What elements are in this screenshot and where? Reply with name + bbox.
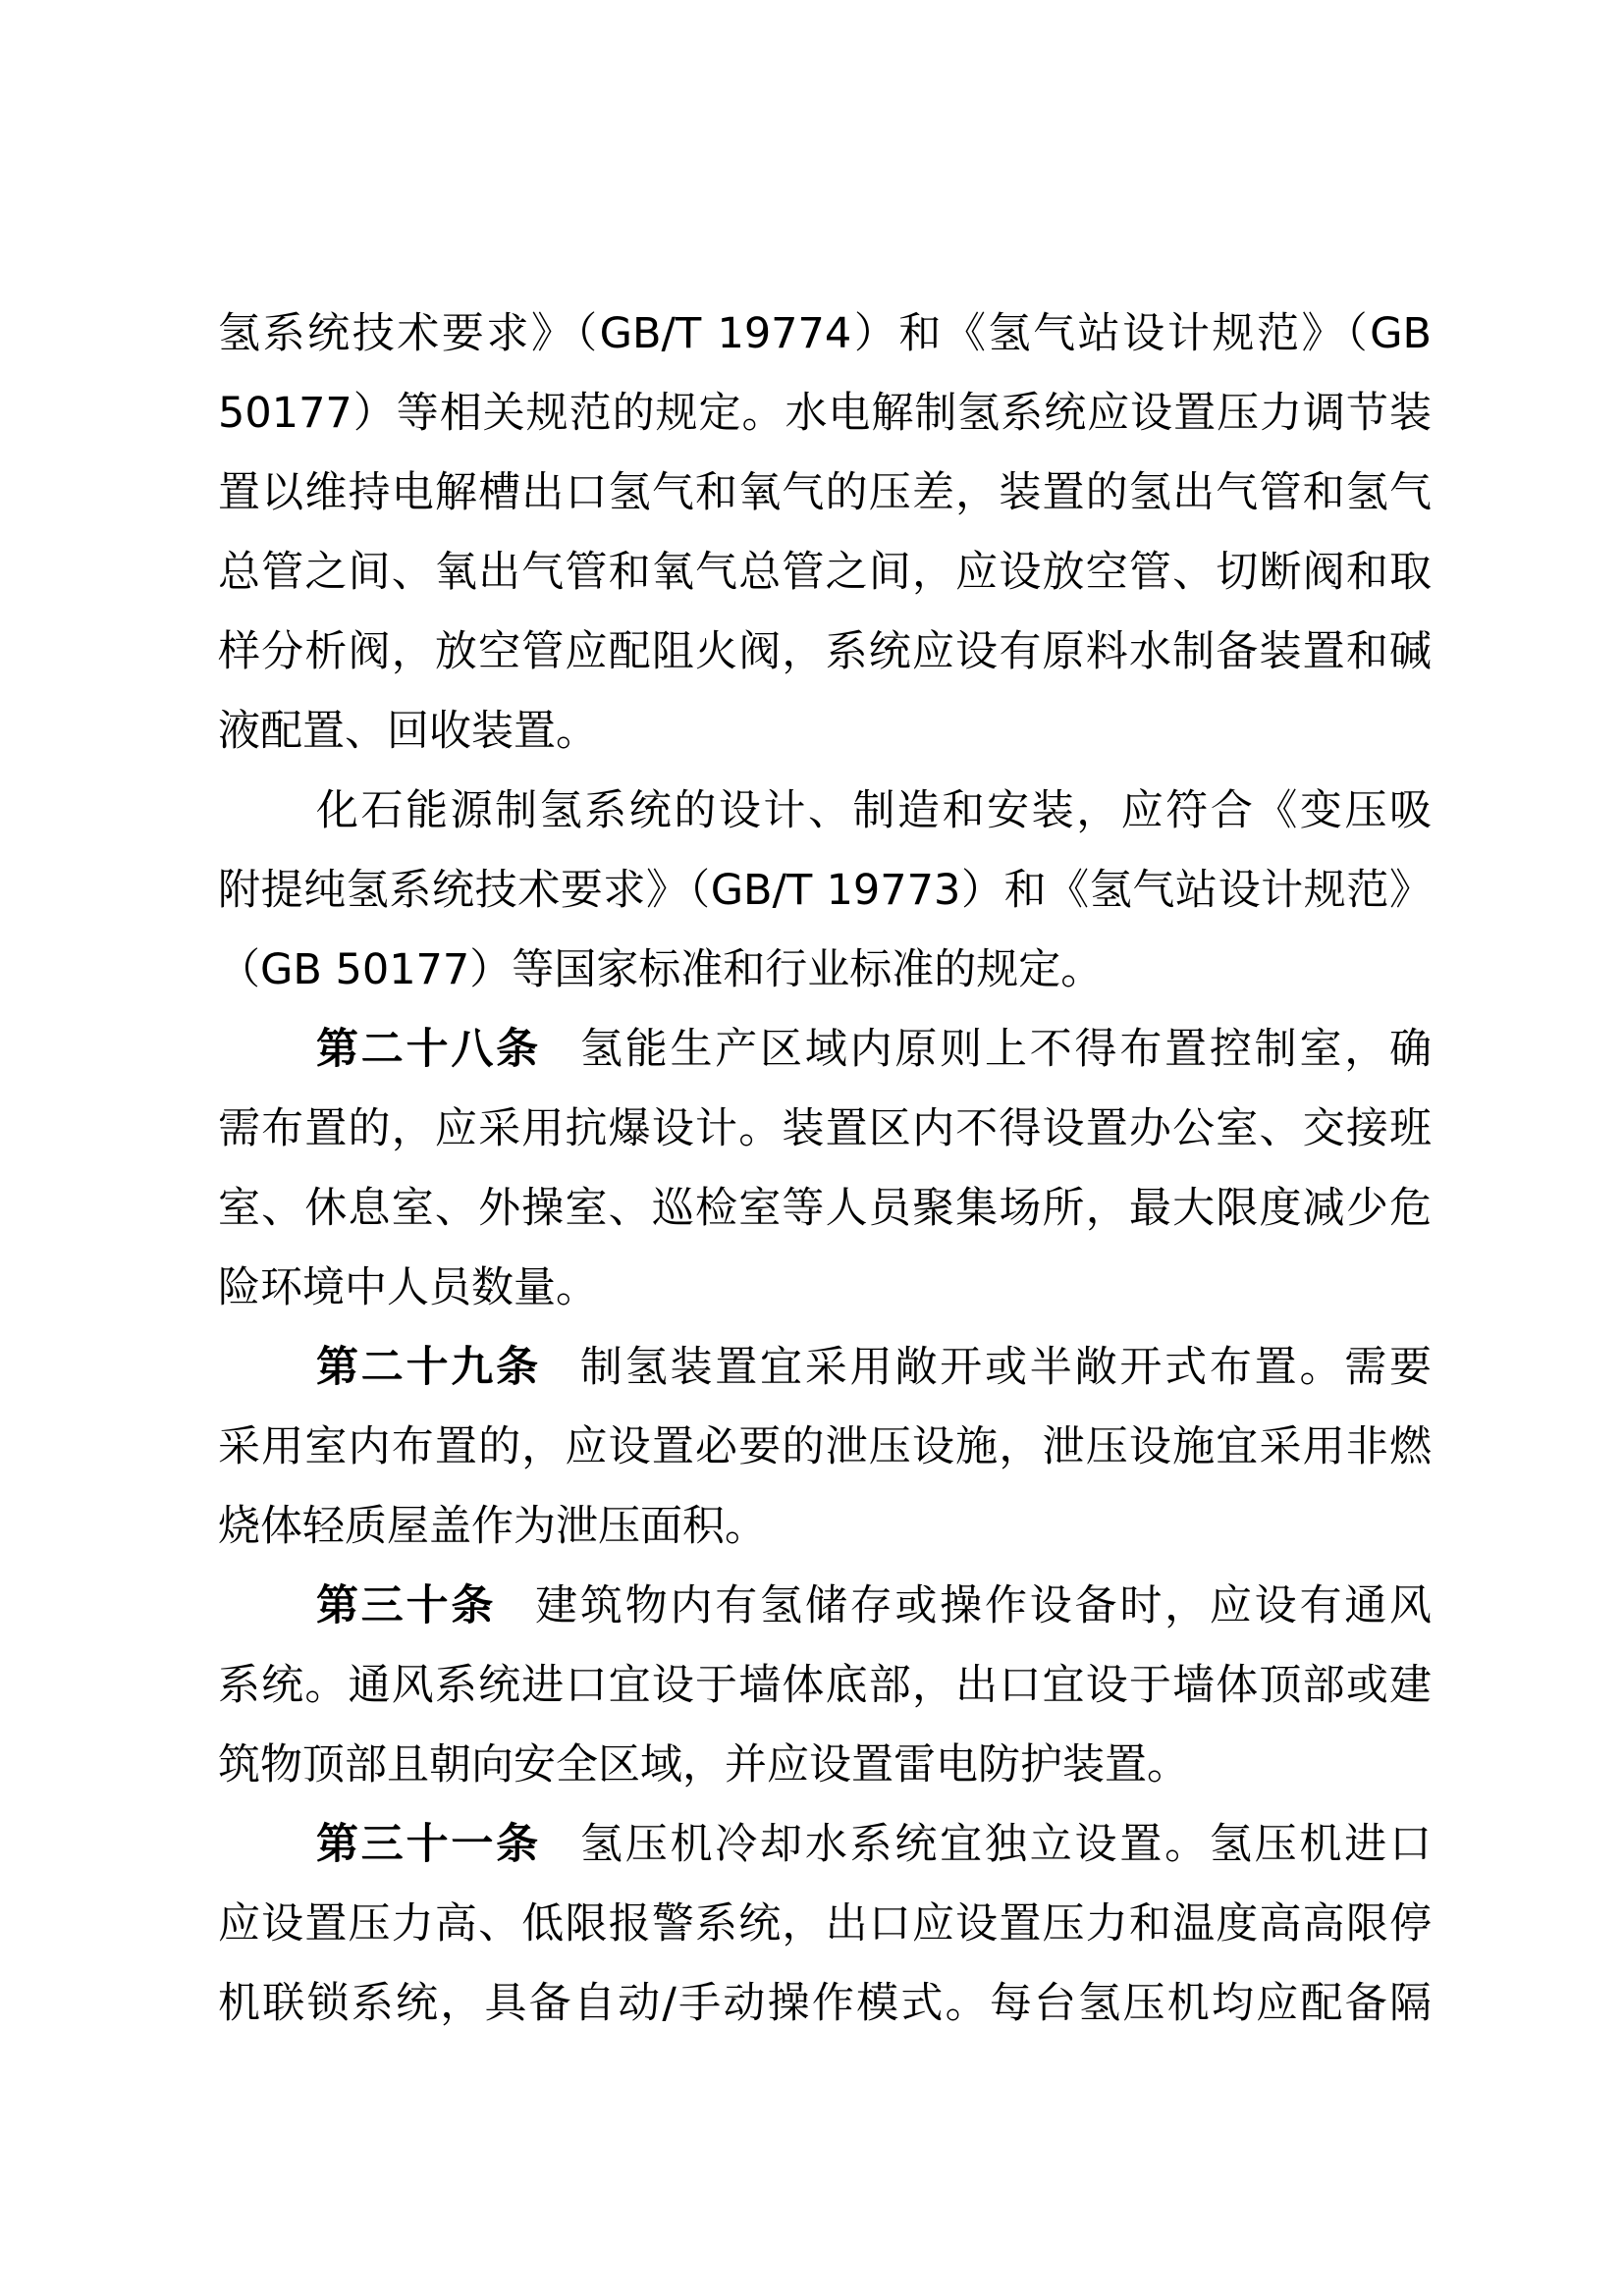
paragraph-article-31: 第三十一条氢压机冷却水系统宜独立设置。氢压机进口 应设置压力高、低限报警系统，出…	[218, 1817, 1432, 2056]
text-line: 液配置、回收装置。	[218, 704, 1432, 783]
document-page: 氢系统技术要求》（GB/T 19774）和《氢气站设计规范》（GB 50177）…	[218, 306, 1432, 2056]
text-line: 置以维持电解槽出口氢气和氧气的压差，装置的氢出气管和氢气	[218, 465, 1432, 545]
text-line: （GB 50177）等国家标准和行业标准的规定。	[218, 942, 1432, 1022]
text-line: 采用室内布置的，应设置必要的泄压设施，泄压设施宜采用非燃	[218, 1419, 1432, 1499]
article-number: 第三十条	[316, 1581, 496, 1630]
text-line: 第三十条建筑物内有氢储存或操作设备时，应设有通风	[218, 1578, 1432, 1658]
text-line: 应设置压力高、低限报警系统，出口应设置压力和温度高高限停	[218, 1896, 1432, 1976]
text-line: 第二十九条制氢装置宜采用敞开或半敞开式布置。需要	[218, 1340, 1432, 1419]
article-text: 氢能生产区域内原则上不得布置控制室，确	[580, 1025, 1432, 1074]
paragraph-article-29: 第二十九条制氢装置宜采用敞开或半敞开式布置。需要 采用室内布置的，应设置必要的泄…	[218, 1340, 1432, 1578]
text-line: 第二十八条氢能生产区域内原则上不得布置控制室，确	[218, 1022, 1432, 1101]
paragraph-fossil-energy: 化石能源制氢系统的设计、制造和安装，应符合《变压吸 附提纯氢系统技术要求》（GB…	[218, 783, 1432, 1022]
article-number: 第三十一条	[316, 1820, 541, 1869]
text-line: 险环境中人员数量。	[218, 1260, 1432, 1340]
article-number: 第二十八条	[316, 1025, 541, 1074]
paragraph-article-30: 第三十条建筑物内有氢储存或操作设备时，应设有通风 系统。通风系统进口宜设于墙体底…	[218, 1578, 1432, 1817]
text-line: 样分析阀，放空管应配阻火阀，系统应设有原料水制备装置和碱	[218, 624, 1432, 704]
article-text: 建筑物内有氢储存或操作设备时，应设有通风	[535, 1581, 1432, 1630]
paragraph-article-28: 第二十八条氢能生产区域内原则上不得布置控制室，确 需布置的，应采用抗爆设计。装置…	[218, 1022, 1432, 1340]
text-line: 筑物顶部且朝向安全区域，并应设置雷电防护装置。	[218, 1737, 1432, 1817]
text-line: 室、休息室、外操室、巡检室等人员聚集场所，最大限度减少危	[218, 1181, 1432, 1260]
text-line: 第三十一条氢压机冷却水系统宜独立设置。氢压机进口	[218, 1817, 1432, 1896]
text-line: 总管之间、氧出气管和氧气总管之间，应设放空管、切断阀和取	[218, 545, 1432, 624]
article-text: 氢压机冷却水系统宜独立设置。氢压机进口	[580, 1820, 1432, 1869]
text-line: 化石能源制氢系统的设计、制造和安装，应符合《变压吸	[218, 783, 1432, 863]
text-line: 需布置的，应采用抗爆设计。装置区内不得设置办公室、交接班	[218, 1101, 1432, 1181]
text-line: 烧体轻质屋盖作为泄压面积。	[218, 1499, 1432, 1578]
text-line: 附提纯氢系统技术要求》（GB/T 19773）和《氢气站设计规范》	[218, 863, 1432, 942]
text-line: 机联锁系统，具备自动/手动操作模式。每台氢压机均应配备隔	[218, 1976, 1432, 2056]
text-line: 氢系统技术要求》（GB/T 19774）和《氢气站设计规范》（GB	[218, 306, 1432, 386]
article-number: 第二十九条	[316, 1343, 541, 1392]
text-line: 50177）等相关规范的规定。水电解制氢系统应设置压力调节装	[218, 386, 1432, 465]
paragraph-water-electrolysis: 氢系统技术要求》（GB/T 19774）和《氢气站设计规范》（GB 50177）…	[218, 306, 1432, 783]
article-text: 制氢装置宜采用敞开或半敞开式布置。需要	[580, 1343, 1432, 1392]
text-line: 系统。通风系统进口宜设于墙体底部，出口宜设于墙体顶部或建	[218, 1658, 1432, 1737]
